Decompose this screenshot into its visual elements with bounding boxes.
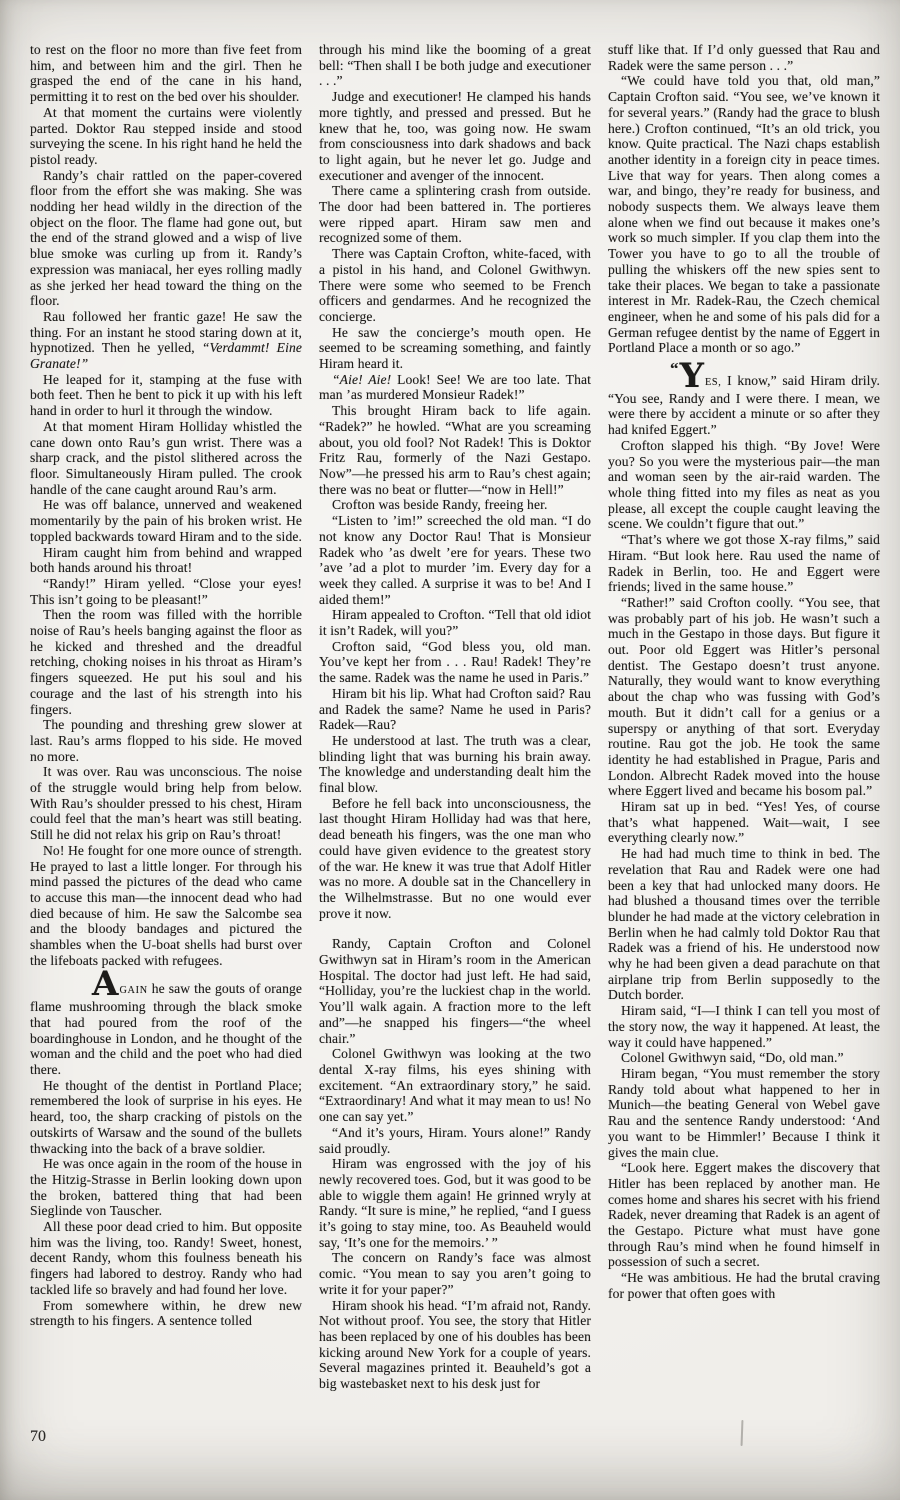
paragraph: “And it’s yours, Hiram. Yours alone!” Ra… — [319, 1125, 591, 1156]
paragraph: He understood at last. The truth was a c… — [319, 733, 591, 796]
paragraph: No! He fought for one more ounce of stre… — [30, 843, 302, 969]
paragraph: Hiram appealed to Crofton. “Tell that ol… — [319, 607, 591, 638]
paragraph: Colonel Gwithwyn was looking at the two … — [319, 1046, 591, 1125]
paragraph: Judge and executioner! He clamped his ha… — [319, 89, 591, 183]
paragraph: Hiram shook his head. “I’m afraid not, R… — [319, 1298, 591, 1392]
paragraph: Colonel Gwithwyn said, “Do, old man.” — [608, 1050, 880, 1066]
paragraph: He had had much time to think in bed. Th… — [608, 846, 880, 1003]
paragraph: At that moment the curtains were violent… — [30, 105, 302, 168]
text-columns: to rest on the floor no more than five f… — [0, 0, 900, 1430]
paragraph: “That’s where we got those X-ray films,”… — [608, 532, 880, 595]
paragraph: All these poor dead cried to him. But op… — [30, 1219, 302, 1298]
paragraph: Crofton said, “God bless you, old man. Y… — [319, 639, 591, 686]
paragraph: This brought Hiram back to life again. “… — [319, 403, 591, 497]
paragraph: The concern on Randy’s face was almost c… — [319, 1250, 591, 1297]
paragraph: Randy’s chair rattled on the paper-cover… — [30, 168, 302, 309]
paragraph: “YES, I know,” said Hiram drily. “You se… — [608, 369, 880, 438]
paragraph: AGAIN he saw the gouts of orange flame m… — [30, 981, 302, 1077]
paragraph: Hiram was engrossed with the joy of his … — [319, 1156, 591, 1250]
italic-phrase: “Aie! Aie! — [332, 372, 391, 387]
paragraph: Hiram bit his lip. What had Crofton said… — [319, 686, 591, 733]
paragraph: He leaped for it, stamping at the fuse w… — [30, 372, 302, 419]
paragraph: At that moment Hiram Holliday whistled t… — [30, 419, 302, 498]
dropcap-quote: “ — [670, 359, 680, 378]
paragraph: “Look here. Eggert makes the discovery t… — [608, 1160, 880, 1270]
column-3: stuff like that. If I’d only guessed tha… — [608, 42, 880, 1430]
paragraph: stuff like that. If I’d only guessed tha… — [608, 42, 880, 73]
paragraph: Hiram sat up in bed. “Yes! Yes, of cours… — [608, 799, 880, 846]
paragraph: He thought of the dentist in Portland Pl… — [30, 1078, 302, 1157]
paragraph: Rau followed her frantic gaze! He saw th… — [30, 309, 302, 372]
paragraph: There came a splintering crash from outs… — [319, 183, 591, 246]
paragraph: “Rather!” said Crofton coolly. “You see,… — [608, 595, 880, 799]
paragraph: to rest on the floor no more than five f… — [30, 42, 302, 105]
paragraph: It was over. Rau was unconscious. The no… — [30, 764, 302, 843]
paragraph: “Randy!” Hiram yelled. “Close your eyes!… — [30, 576, 302, 607]
italic-phrase: “Verdammt! Eine Granate!” — [30, 340, 302, 371]
paragraph: Randy, Captain Crofton and Colonel Gwith… — [319, 936, 591, 1046]
paragraph: Crofton was beside Randy, freeing her. — [319, 497, 591, 513]
magazine-page: to rest on the floor no more than five f… — [0, 0, 900, 1500]
paragraph: From somewhere within, he drew new stren… — [30, 1298, 302, 1329]
paragraph: He was off balance, unnerved and weakene… — [30, 497, 302, 544]
paragraph: He was once again in the room of the hou… — [30, 1156, 302, 1219]
paragraph: “Listen to ’im!” screeched the old man. … — [319, 513, 591, 607]
paragraph: “He was ambitious. He had the brutal cra… — [608, 1270, 880, 1301]
page-number: 70 — [30, 1428, 46, 1446]
paragraph: The pounding and threshing grew slower a… — [30, 717, 302, 764]
dropcap-letter: A — [92, 964, 119, 1004]
paragraph: Hiram caught him from behind and wrapped… — [30, 545, 302, 576]
paragraph: Before he fell back into unconsciousness… — [319, 796, 591, 922]
paragraph: He saw the concierge’s mouth open. He se… — [319, 325, 591, 372]
paragraph: “We could have told you that, old man,” … — [608, 73, 880, 356]
dropcap-smallcaps: ES, — [705, 377, 722, 388]
dropcap-letter: Y — [680, 356, 705, 396]
paragraph: There was Captain Crofton, white-faced, … — [319, 246, 591, 325]
paragraph: through his mind like the booming of a g… — [319, 42, 591, 89]
dropcap-smallcaps: GAIN — [119, 985, 147, 996]
paragraph: Hiram said, “I—I think I can tell you mo… — [608, 1003, 880, 1050]
column-2: through his mind like the booming of a g… — [319, 42, 591, 1430]
column-1: to rest on the floor no more than five f… — [30, 42, 302, 1430]
paragraph: “Aie! Aie! Look! See! We are too late. T… — [319, 372, 591, 403]
paragraph: Then the room was filled with the horrib… — [30, 607, 302, 717]
scan-artifact — [741, 1420, 744, 1446]
paragraph: Hiram began, “You must remember the stor… — [608, 1066, 880, 1160]
paragraph: Crofton slapped his thigh. “By Jove! Wer… — [608, 438, 880, 532]
